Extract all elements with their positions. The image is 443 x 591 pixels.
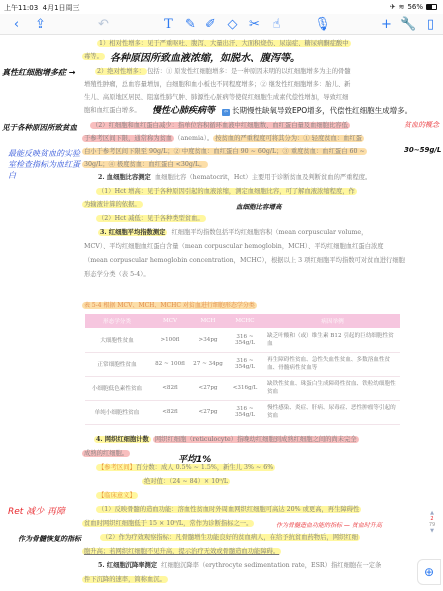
table-cell: 小细胞低色素性贫血 xyxy=(85,376,149,400)
share-icon[interactable]: ⇪ xyxy=(32,16,49,33)
handwritten-note: 真性红细胞增多症 → xyxy=(2,67,76,78)
text-line: （1）Hct 增高：见于各种原因引起的血液浓缩，测定血细胞比容，可了解血液浓缩程… xyxy=(96,188,357,195)
text-line: 包括：① 原发性红细胞增多：是一种原因未明的以红细胞增多为主的骨髓 xyxy=(147,68,351,75)
handwritten-note: 各种原因所致血液浓缩，如脱水、腹泻等。 xyxy=(110,49,300,64)
handwritten-note: 血细胞比容增高 xyxy=(236,202,282,211)
pen-tool-icon[interactable]: ✎ xyxy=(182,16,199,33)
text-line: 胞和血红蛋白增多。 xyxy=(84,107,141,115)
text-line: MCV）、平均红细胞血红蛋白含量（mean corpuscular hemogl… xyxy=(84,243,384,251)
text-line: 红细胞平均指数包括平均红细胞容积（mean corpuscular volume… xyxy=(171,229,367,236)
handwritten-note: 作为骨髓造血功能的指标 — 贫血时升高 xyxy=(276,520,382,529)
text-line: 为输液计算的依据。 xyxy=(82,201,143,208)
highlighter-tool-icon[interactable]: ✐ xyxy=(202,16,219,33)
lasso-scissors-icon[interactable]: ✂ xyxy=(246,16,263,33)
table-header: 病因举例 xyxy=(265,314,400,328)
table-cell: 大细胞性贫血 xyxy=(85,328,149,352)
table-cell: 316 ~ 354g/L xyxy=(225,328,265,352)
table-row: 大细胞性贫血 >100fl >34pg 316 ~ 354g/L 缺乏叶酸和（或… xyxy=(85,328,400,352)
clinical-label: 【临床意义】 xyxy=(96,492,138,499)
handwritten-note: 作为骨髓恢复的指标 xyxy=(18,534,81,544)
handwritten-note: 最能反映贫血的实验室检查指标为血红蛋白 xyxy=(8,148,80,181)
table-cell: >34pg xyxy=(191,328,225,352)
text-line: （2）红细胞和血红蛋白减少：指单位容积循环血液中红细胞数、血红蛋白量及血细胞比容… xyxy=(90,122,350,129)
table-row: 正常细胞性贫血 82 ~ 100fl 27 ~ 34pg 316 ~ 354g/… xyxy=(85,352,400,376)
section-heading: 5. 红细胞沉降率测定 xyxy=(98,562,157,569)
ref-label: 【参考区间】 xyxy=(98,464,136,471)
text-line: 毒等。 xyxy=(82,53,105,60)
battery-icon xyxy=(426,4,437,10)
table-header: MCHC xyxy=(225,314,265,328)
text-label: 2）绝对性增多： xyxy=(95,68,147,75)
text-line: 胞升高；若网织红细胞不见升高，提示治疗无效或骨髓造血功能障碍。 xyxy=(82,548,281,555)
handwritten-note: 贫血的概念 xyxy=(404,120,439,130)
table-cell: 慢性感染、炎症、肝病、尿毒症、恶性肿瘤等引起的贫血 xyxy=(265,400,400,424)
table-cell: 316 ~ 354g/L xyxy=(225,400,265,424)
table-row: 小细胞低色素性贫血 <82fl <27pg <316g/L 缺铁性贫血、珠蛋白生… xyxy=(85,376,400,400)
section-heading: 2. 血细胞比容测定 xyxy=(98,174,151,181)
text-line: 件下沉降的速率，简称血沉。 xyxy=(82,576,168,583)
add-icon[interactable]: + xyxy=(378,16,395,33)
handwritten-note: 慢性心肺疾病等 xyxy=(152,103,215,116)
scroll-down-icon[interactable]: ▼ xyxy=(425,528,439,534)
text-line: 于参考区间下限，通常称为贫血 xyxy=(82,135,174,142)
table-cell: 27 ~ 34pg xyxy=(191,352,225,376)
text-line: （mean corpuscular hemoglobin concentrati… xyxy=(84,257,405,265)
status-time: 上午11:03 xyxy=(4,4,38,12)
table-cell: >100fl xyxy=(149,328,191,352)
anemia-classification-table: 形态学分类 MCV MCH MCHC 病因举例 大细胞性贫血 >100fl >3… xyxy=(85,314,400,425)
table-caption: 表 5-4 根据 MCV、MCH、MCHC 对贫血进行细胞形态学分类 xyxy=(82,302,257,309)
table-cell: 单纯小细胞性贫血 xyxy=(85,400,149,424)
wrench-icon[interactable]: 🔧 xyxy=(400,16,417,33)
section-heading: 3. 红细胞平均指数测定 xyxy=(98,229,167,236)
text-line: 形态学分类（表 5-4）。 xyxy=(84,271,150,279)
table-cell: <27pg xyxy=(191,376,225,400)
table-cell: 正常细胞性贫血 xyxy=(85,352,149,376)
note-text: 长期慢性缺氧导致EPO增多，代偿性红细胞生成增多。 xyxy=(232,106,412,115)
pages-icon[interactable]: ▯ xyxy=(422,16,439,33)
handwritten-note: 见于各种原因所致贫血 xyxy=(2,122,77,133)
text-line: 成熟的红细胞。 xyxy=(82,450,130,457)
table-cell: 再生障碍性贫血、急性失血性贫血、多数溶血性贫血、骨髓病性贫血等 xyxy=(265,352,400,376)
toolbar: ‹ ⇪ ↶ T ✎ ✐ ◇ ✂ ☝ 🎙 + 🔧 ▯ xyxy=(0,14,443,35)
status-time-date: 上午11:03 4月1日周三 xyxy=(4,3,80,13)
status-bar: 上午11:03 4月1日周三 ✈ ≋ 56% xyxy=(0,0,443,14)
text-line: 生儿、高原地区居民、阻塞性肺气肿、肺源性心脏病等使促红细胞生成素代偿性增加，导致… xyxy=(84,94,348,102)
text-line: 30g/L；④ 极度贫血：血红蛋白 <30g/L。 xyxy=(82,161,208,168)
section-heading: 4. 网织红细胞计数 xyxy=(94,436,151,443)
page-scroller[interactable]: ▲ 2 79 ▼ xyxy=(425,510,439,534)
table-cell: 缺铁性贫血、珠蛋白生成障碍性贫血、铁粒幼细胞性贫血 xyxy=(265,376,400,400)
text-line: 绝对值：（24 ~ 84）× 10⁹/L xyxy=(142,478,230,485)
table-row: 单纯小细胞性贫血 <82fl <27pg 316 ~ 354g/L 慢性感染、炎… xyxy=(85,400,400,424)
text-line: 白小于参考区间下限至 90g/L；② 中度贫血：血红蛋白 90 ~ 60g/L；… xyxy=(82,148,367,155)
table-cell: 316 ~ 354g/L xyxy=(225,352,265,376)
airplane-icon: ✈ xyxy=(390,3,396,11)
text-tool-icon[interactable]: T xyxy=(160,16,177,33)
text-line: 网织红细胞（reticulocyte）指晚幼红细胞到成熟红细胞之间的尚未完全 xyxy=(153,436,359,443)
status-date: 4月1日周三 xyxy=(43,4,80,12)
table-cell: <82fl xyxy=(149,376,191,400)
table-cell: <82fl xyxy=(149,400,191,424)
text-line: 按贫血的严重程度可将其分为：① 轻度贫血：血红蛋 xyxy=(213,135,364,142)
table-header: MCH xyxy=(191,314,225,328)
wifi-icon: ≋ xyxy=(399,3,405,11)
zoom-in-icon: ⊕ xyxy=(424,565,434,579)
text-line: 百分数：成人 0.5% ~ 1.5%，新生儿 3% ~ 6% xyxy=(136,464,274,471)
zoom-in-button[interactable]: ⊕ xyxy=(417,559,441,585)
text-line: 增殖性肿瘤，总血容量增加，白细胞和血小板也不同程度增多；② 继发性红细胞增多：胎… xyxy=(84,81,350,89)
document-page[interactable]: 1）相对性增多：见于严重呕吐、腹泻、大量出汗、大面积烧伤、尿崩症、糖尿病酮症酸中… xyxy=(0,36,443,591)
table-cell: 缺乏叶酸和（或）维生素 B12 引起的巨幼细胞性贫血 xyxy=(265,328,400,352)
text-line: （2）作为疗效观察指标：凡骨髓增生功能良好的贫血病人，在给予抗贫血药物后，网织红… xyxy=(100,534,360,541)
status-right: ✈ ≋ 56% xyxy=(390,3,437,11)
table-header: MCV xyxy=(149,314,191,328)
microphone-icon[interactable]: 🎙 xyxy=(314,16,331,33)
table-cell: <27pg xyxy=(191,400,225,424)
hand-pointer-icon[interactable]: ☝ xyxy=(268,16,285,33)
table-header: 形态学分类 xyxy=(85,314,149,328)
undo-icon[interactable]: ↶ xyxy=(95,16,112,33)
text-line: （1）反映骨髓的造血功能：溶血性贫血时外周血网织红细胞可高达 20% 或更高，再… xyxy=(96,506,361,513)
back-icon[interactable]: ‹ xyxy=(8,16,25,33)
table-cell: 82 ~ 100fl xyxy=(149,352,191,376)
text-line: 贫血时网织红细胞低于 15 × 10⁹/L，常作为诊断指标之一。 xyxy=(82,520,254,527)
text-line: （anemia）。 xyxy=(174,135,213,142)
eraser-tool-icon[interactable]: ◇ xyxy=(224,16,241,33)
handwritten-note: Ret 减少 再障 xyxy=(8,504,65,517)
text-line: 1）相对性增多：见于严重呕吐、腹泻、大量出汗、大面积烧伤、尿崩症、糖尿病酮症酸中 xyxy=(97,40,351,47)
handwritten-note: 30~59g/L xyxy=(404,146,441,154)
battery-percent: 56% xyxy=(407,3,423,11)
text-line: （2）Hct 减低：见于各种类型贫血。 xyxy=(96,215,206,222)
note-icon: ⇦ xyxy=(222,109,230,116)
note-annotation[interactable]: ⇦长期慢性缺氧导致EPO增多，代偿性红细胞生成增多。 xyxy=(222,105,412,116)
text-line: 血细胞比容（hematocrit，Hct）主要用于诊断贫血及判断贫血的严重程度。 xyxy=(155,174,371,181)
text-line: 红细胞沉降率（erythrocyte sedimentation rate，ES… xyxy=(161,562,381,569)
table-cell: <316g/L xyxy=(225,376,265,400)
